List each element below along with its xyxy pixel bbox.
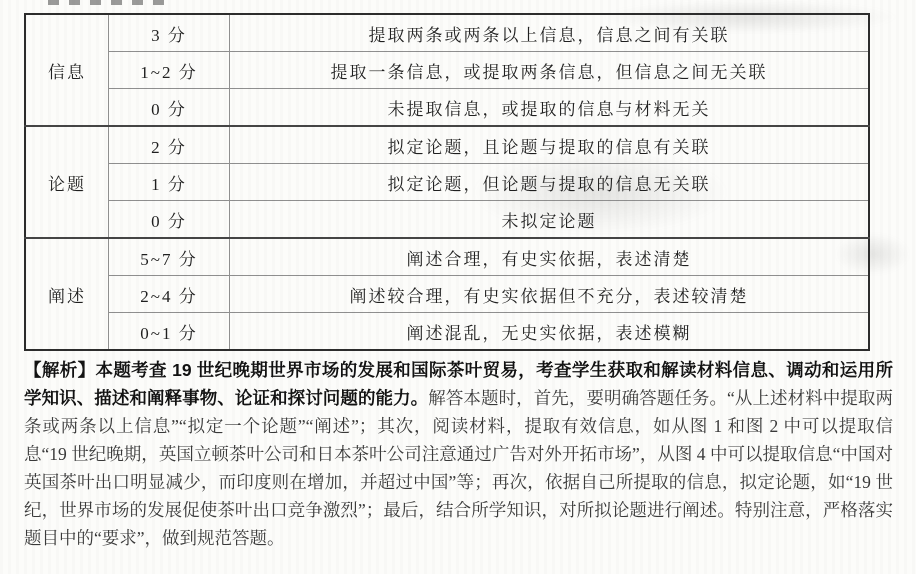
rubric-score-cell: 1 分 [109,164,230,201]
rubric-score-cell: 2 分 [109,126,230,164]
rubric-desc-cell: 拟定论题，但论题与提取的信息无关联 [230,164,870,201]
table-row: 信息 3 分 提取两条或两条以上信息，信息之间有关联 [25,14,869,52]
rubric-score-cell: 0 分 [109,201,230,239]
table-row: 0 分 未提取信息，或提取的信息与材料无关 [25,89,869,127]
rubric-desc-cell: 未拟定论题 [230,201,870,239]
rubric-desc-cell: 阐述合理，有史实依据，表述清楚 [230,238,870,276]
rubric-score-cell: 2~4 分 [109,276,230,313]
table-row: 1 分 拟定论题，但论题与提取的信息无关联 [25,164,869,201]
rubric-desc-cell: 提取两条或两条以上信息，信息之间有关联 [230,14,870,52]
table-row: 2~4 分 阐述较合理，有史实依据但不充分，表述较清楚 [25,276,869,313]
cut-off-text-fragment [48,0,172,5]
rubric-category-cell: 信息 [25,14,109,126]
rubric-desc-cell: 拟定论题，且论题与提取的信息有关联 [230,126,870,164]
scanned-answer-key-page: 信息 3 分 提取两条或两条以上信息，信息之间有关联 1~2 分 提取一条信息，… [0,0,916,574]
analysis-label: 【解析】 [24,360,95,380]
analysis-body-text: 解答本题时，首先，要明确答题任务。“从上述材料中提取两条或两条以上信息”“拟定一… [24,388,893,548]
rubric-category-cell: 论题 [25,126,109,238]
rubric-score-cell: 5~7 分 [109,238,230,276]
rubric-desc-cell: 提取一条信息，或提取两条信息，但信息之间无关联 [230,52,870,89]
rubric-desc-cell: 未提取信息，或提取的信息与材料无关 [230,89,870,127]
rubric-score-cell: 0 分 [109,89,230,127]
table-row: 0~1 分 阐述混乱，无史实依据，表述模糊 [25,313,869,351]
table-row: 1~2 分 提取一条信息，或提取两条信息，但信息之间无关联 [25,52,869,89]
rubric-desc-cell: 阐述较合理，有史实依据但不充分，表述较清楚 [230,276,870,313]
scoring-rubric-table: 信息 3 分 提取两条或两条以上信息，信息之间有关联 1~2 分 提取一条信息，… [24,13,870,351]
analysis-paragraph: 【解析】本题考查 19 世纪晚期世界市场的发展和国际茶叶贸易，考查学生获取和解读… [24,356,893,552]
rubric-desc-cell: 阐述混乱，无史实依据，表述模糊 [230,313,870,351]
rubric-category-cell: 阐述 [25,238,109,350]
table-row: 0 分 未拟定论题 [25,201,869,239]
table-row: 论题 2 分 拟定论题，且论题与提取的信息有关联 [25,126,869,164]
rubric-score-cell: 0~1 分 [109,313,230,351]
rubric-score-cell: 1~2 分 [109,52,230,89]
table-row: 阐述 5~7 分 阐述合理，有史实依据，表述清楚 [25,238,869,276]
rubric-score-cell: 3 分 [109,14,230,52]
